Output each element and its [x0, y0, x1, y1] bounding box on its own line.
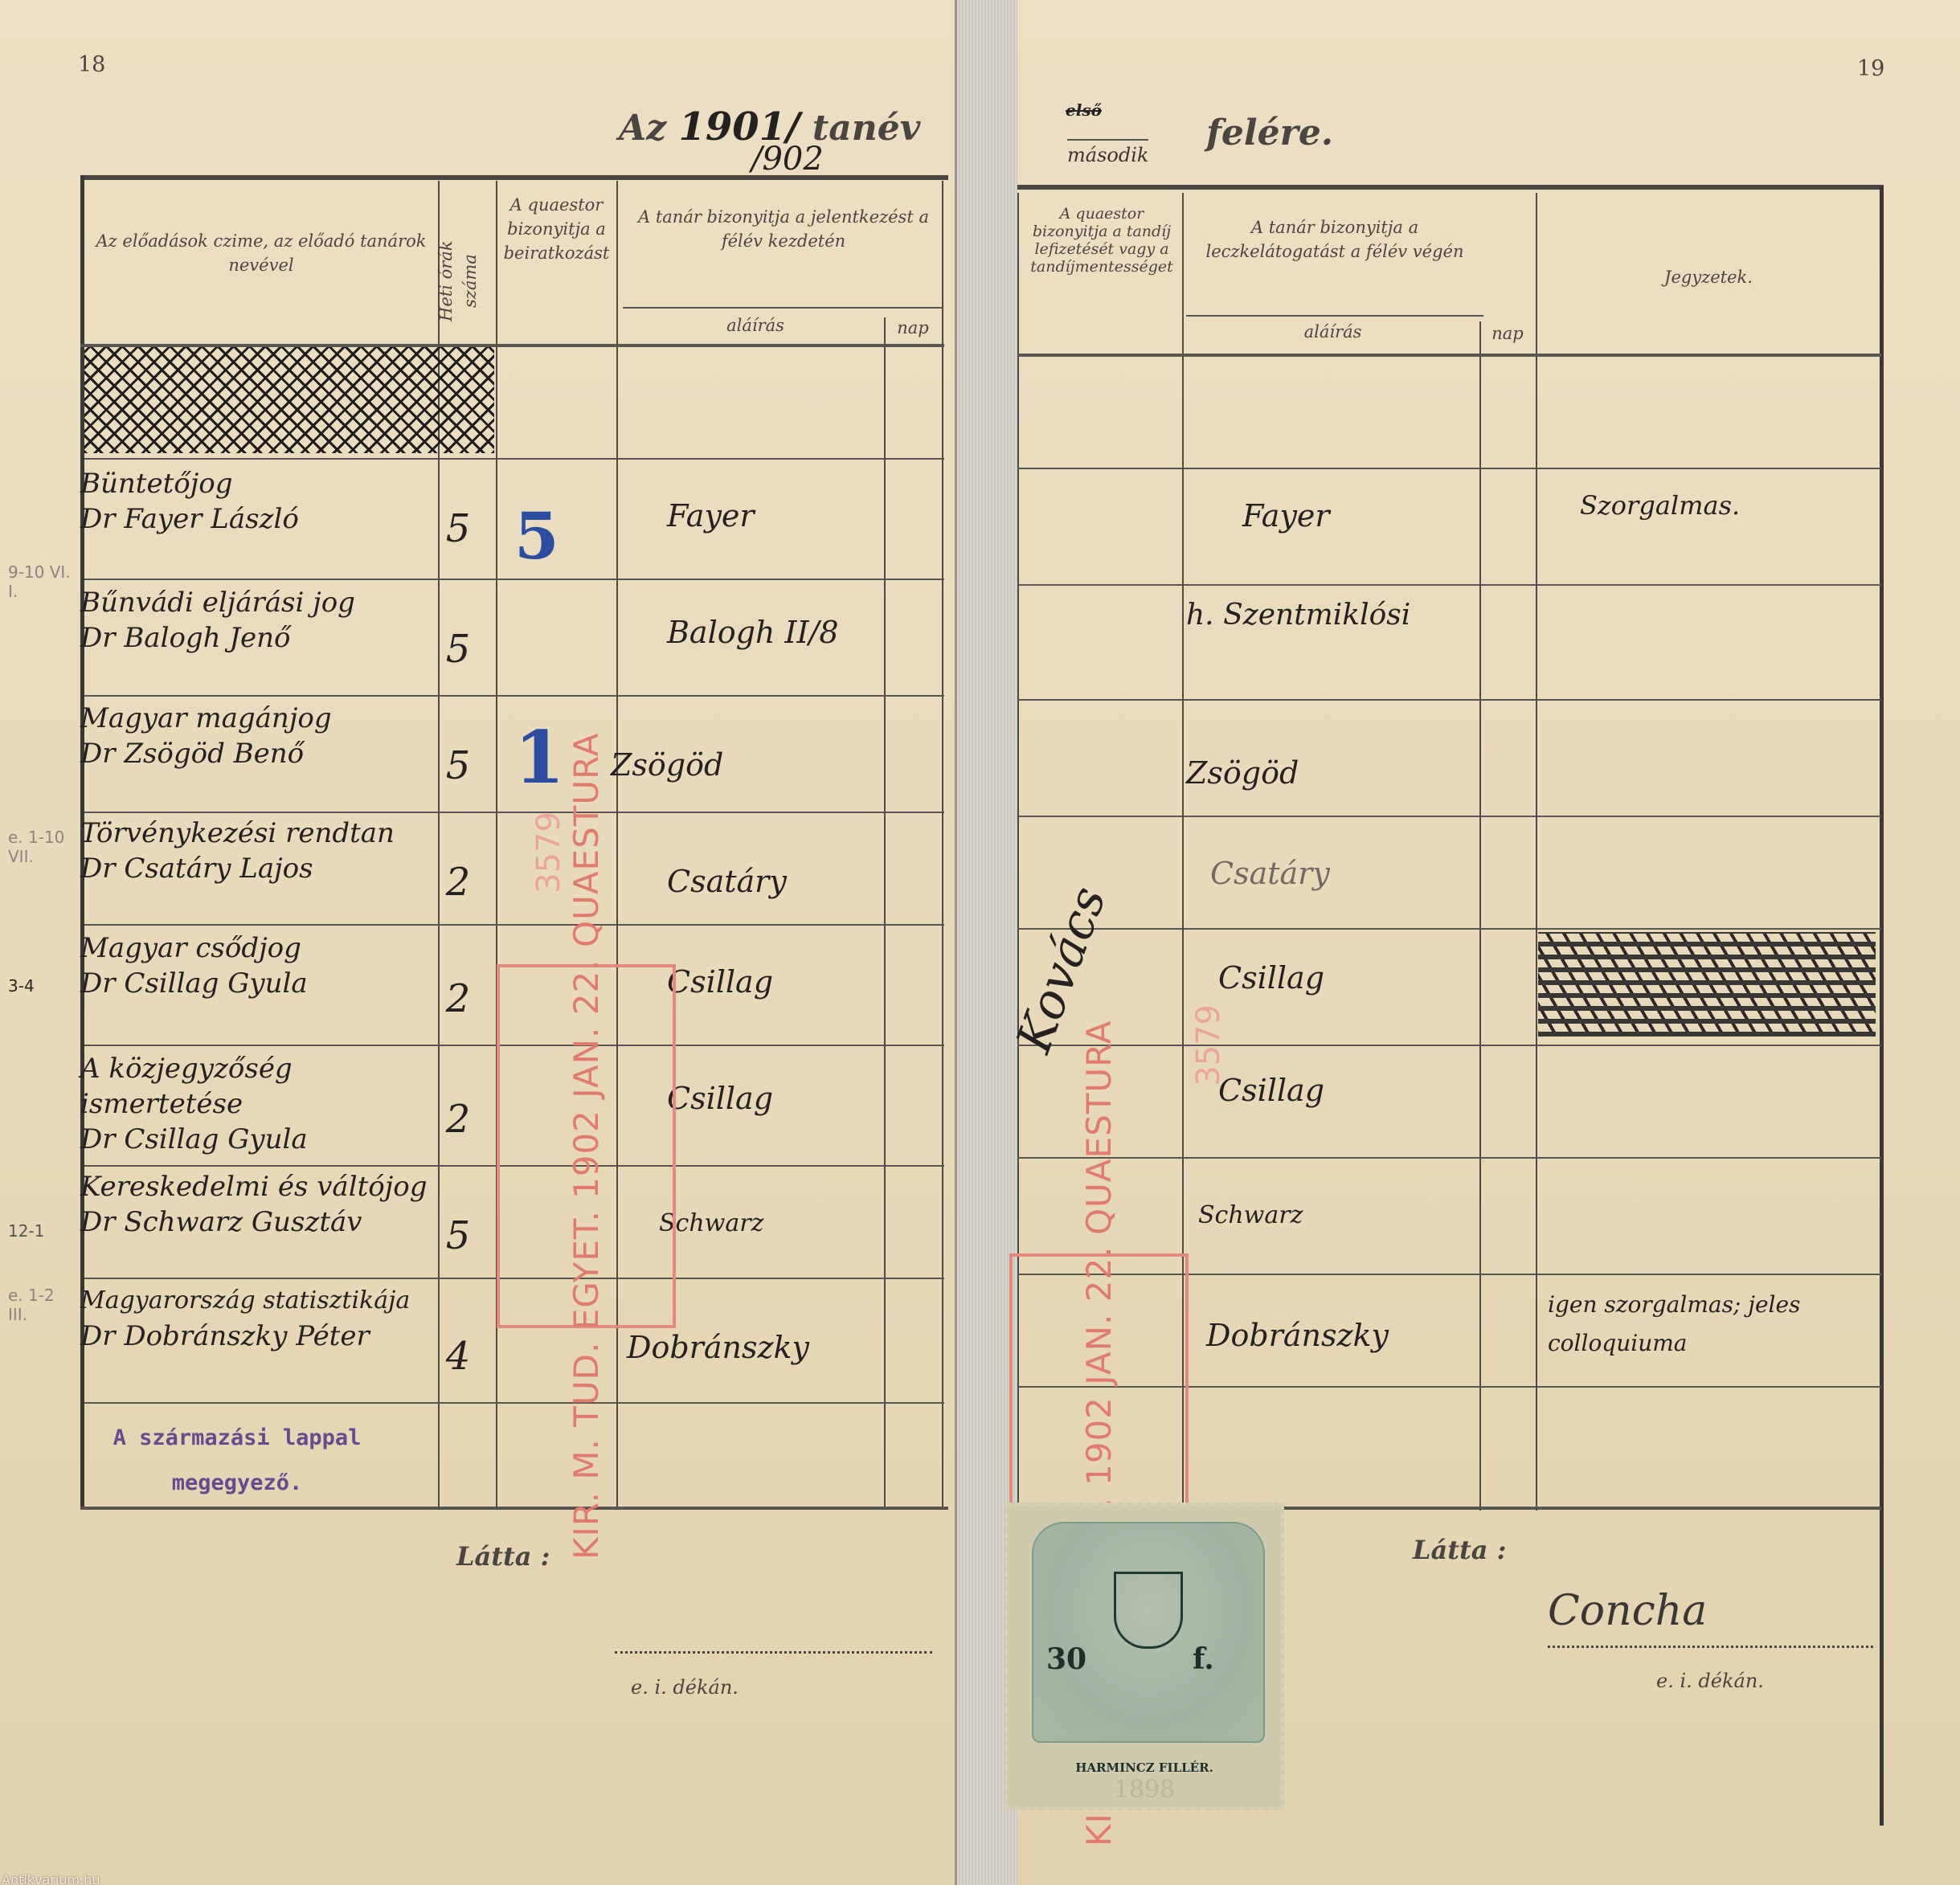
end-signature: h. Szentmiklósi: [1186, 599, 1410, 632]
course-entry: Bűnvádi eljárási jogDr Balogh Jenő: [80, 585, 434, 656]
dean-signature: Concha: [1548, 1587, 1707, 1635]
row-rule: [1017, 928, 1881, 930]
course-entry: Magyar magánjogDr Zsögöd Benő: [80, 701, 434, 771]
struck-out-note: [1538, 932, 1876, 1037]
shield-icon: [1114, 1572, 1183, 1649]
col-header-notes: Jegyzetek.: [1540, 265, 1877, 289]
col-header-quaestor-payment: A quaestor bizonyitja a tandíj lefizetés…: [1021, 205, 1182, 276]
course-entry: Magyarország statisztikájaDr Dobránszky …: [80, 1283, 434, 1354]
seen-label: Látta :: [1413, 1535, 1506, 1565]
hours-value: 2: [438, 976, 478, 1021]
col-divider: [1536, 193, 1537, 1511]
col-divider: [942, 181, 943, 1507]
course-entry: Törvénykezési rendtanDr Csatáry Lajos: [80, 816, 434, 886]
start-signature: Balogh II/8: [667, 615, 839, 650]
end-signature: Dobránszky: [1206, 1318, 1389, 1353]
course-entry: BüntetőjogDr Fayer László: [80, 466, 434, 537]
header-bottom-rule: [1017, 354, 1881, 357]
end-signature: Fayer: [1242, 498, 1330, 534]
crossed-out-entry: [84, 347, 494, 453]
quaestura-number: 3579: [530, 812, 567, 893]
col-divider: [884, 317, 886, 1507]
dean-signature-line: [1548, 1646, 1873, 1648]
end-signature: Schwarz: [1198, 1201, 1303, 1229]
start-signature: Csillag: [667, 1081, 773, 1116]
revenue-stamp: 30 f. HARMINCZ FILLÉR. 1898: [1005, 1503, 1284, 1810]
quaestor-mark-blue: 1: [514, 715, 565, 800]
col-divider: [1479, 321, 1481, 1511]
margin-note: e. 1-10 VII.: [8, 828, 72, 866]
page-number-right: 19: [1857, 56, 1884, 81]
end-signature: Csatáry: [1210, 856, 1330, 891]
hours-value: 5: [438, 1213, 478, 1258]
dean-signature-line: [615, 1651, 932, 1654]
col-header-day: nap: [1479, 321, 1536, 346]
dean-label: e. i. dékán.: [1656, 1670, 1764, 1692]
hours-value: 2: [438, 860, 478, 905]
row-rule: [84, 924, 944, 926]
left-page: 18 Az 1901/ tanév /902 Az előadások czim…: [0, 0, 956, 1885]
heading-tanev: tanév: [812, 108, 920, 149]
table-right-border: [1880, 186, 1884, 1826]
table-top-rule: [1017, 185, 1884, 190]
heading-felere: felére.: [1206, 112, 1333, 153]
margin-note: 9-10 VI. I.: [8, 562, 72, 601]
semester-word: második: [1067, 139, 1148, 166]
margin-note: 3-4: [8, 976, 72, 996]
struck-first-semester: első: [1066, 100, 1102, 120]
stamp-value: 30: [1046, 1642, 1086, 1676]
row-rule: [1017, 1045, 1881, 1046]
col-header-signature: aláírás: [1186, 320, 1479, 344]
start-signature: Zsögöd: [611, 747, 723, 783]
end-signature: Csillag: [1218, 1073, 1324, 1108]
margin-note: 12-1: [8, 1221, 72, 1241]
dean-label: e. i. dékán.: [631, 1676, 739, 1699]
col-header-quaestor: A quaestor bizonyitja a beiratkozást: [498, 193, 615, 265]
start-signature: Dobránszky: [627, 1330, 809, 1365]
table-top-rule: [80, 175, 948, 180]
course-entry: A közjegyzőség ismertetéseDr Csillag Gyu…: [80, 1051, 434, 1157]
row-rule: [1017, 584, 1881, 586]
heading-az: Az: [619, 108, 666, 149]
table-bottom-rule: [80, 1507, 948, 1510]
quaestura-number: 3579: [1190, 1004, 1227, 1086]
row-rule: [84, 579, 944, 580]
page-number-left: 18: [78, 52, 105, 77]
row-rule: [1017, 1157, 1881, 1159]
row-rule: [84, 695, 944, 697]
col-header-day: nap: [884, 316, 942, 340]
col-header-signature: aláírás: [627, 313, 884, 337]
course-entry: Kereskedelmi és váltójogDr Schwarz Guszt…: [80, 1169, 434, 1240]
hours-value: 4: [438, 1334, 478, 1379]
watermark: Antikvarium.hu: [2, 1872, 100, 1885]
hours-value: 5: [438, 743, 478, 788]
col-header-teacher-start: A tanár bizonyitja a jelentkezést a félé…: [635, 205, 932, 253]
row-rule: [1017, 699, 1881, 701]
note-text: igen szorgalmas; jeles colloquiuma: [1548, 1286, 1869, 1363]
start-signature: Csatáry: [667, 864, 787, 899]
start-signature: Fayer: [667, 498, 755, 534]
row-rule: [84, 812, 944, 813]
col-header-teacher-end: A tanár bizonyitja a leczkelátogatást a …: [1202, 215, 1467, 264]
hours-value: 5: [438, 627, 478, 672]
year-handwritten-bottom: /902: [751, 141, 824, 178]
row-rule: [84, 458, 944, 460]
stamp-text: HARMINCZ FILLÉR.: [1008, 1760, 1281, 1775]
margin-note: e. 1-2 III.: [8, 1286, 72, 1324]
stamp-coat-of-arms-icon: [1032, 1522, 1265, 1743]
col-header-course: Az előadások czime, az előadó tanárok ne…: [92, 229, 430, 277]
seen-label: Látta :: [456, 1541, 550, 1572]
hours-value: 2: [438, 1097, 478, 1142]
subheader-rule: [1186, 315, 1483, 317]
hours-value: 5: [438, 506, 478, 551]
row-rule: [84, 1402, 944, 1404]
origin-sheet-stamp: A származási lappal megegyező.: [96, 1416, 378, 1506]
subheader-rule: [623, 307, 943, 309]
end-signature: Zsögöd: [1186, 755, 1299, 791]
end-signature: Csillag: [1218, 960, 1324, 996]
quaestor-mark-blue: 5: [514, 498, 559, 574]
row-rule: [1017, 468, 1881, 469]
start-signature: Csillag: [667, 964, 773, 1000]
col-header-hours: Heti órák száma: [434, 233, 498, 329]
note-text: Szorgalmas.: [1580, 490, 1740, 521]
stamp-unit: f.: [1193, 1642, 1214, 1676]
course-entry: Magyar csődjogDr Csillag Gyula: [80, 930, 434, 1001]
stamp-year: 1898: [1008, 1776, 1281, 1804]
row-rule: [1017, 816, 1881, 817]
quaestura-stamp: KIR. M. TUD. EGYET. 1902 JAN. 22. QUAEST…: [497, 964, 676, 1328]
